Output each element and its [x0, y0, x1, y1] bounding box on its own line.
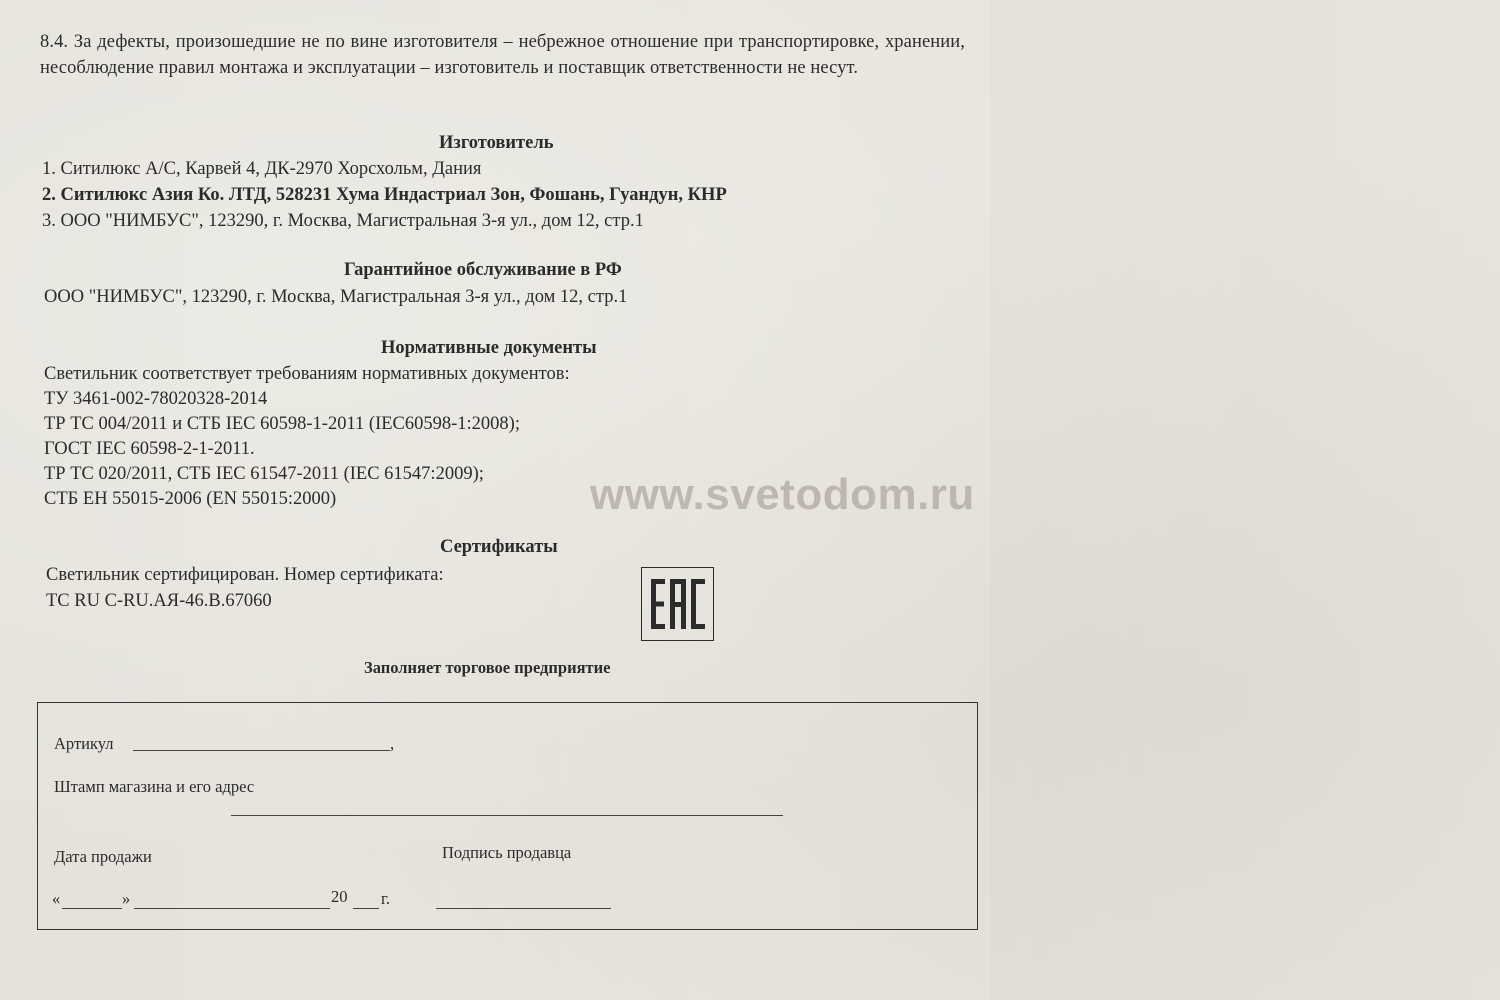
- date-open-quote: «: [52, 889, 60, 909]
- certificate-number: ТС RU С-RU.АЯ-46.В.67060: [46, 588, 272, 614]
- normative-item: ГОСТ IEC 60598-2-1-2011.: [44, 436, 255, 462]
- sale-date-label: Дата продажи: [54, 847, 152, 867]
- eac-mark-icon: [641, 567, 714, 641]
- warranty-clause: 8.4. За дефекты, произошедшие не по вине…: [40, 29, 965, 81]
- normative-item: ТУ 3461-002-78020328-2014: [44, 386, 267, 412]
- service-heading: Гарантийное обслуживание в РФ: [344, 260, 622, 281]
- sale-year-field[interactable]: [353, 908, 379, 909]
- manufacturer-item-2: 2. Ситилюкс Азия Ко. ЛТД, 528231 Хума Ин…: [42, 182, 727, 208]
- facing-page: [990, 0, 1500, 1000]
- service-address: ООО "НИМБУС", 123290, г. Москва, Магистр…: [44, 284, 627, 310]
- normative-item: СТБ ЕН 55015-2006 (EN 55015:2000): [44, 486, 336, 512]
- article-label: Артикул: [54, 734, 114, 754]
- manufacturer-heading: Изготовитель: [439, 133, 554, 154]
- normative-item: ТР ТС 004/2011 и СТБ IEC 60598-1-2011 (I…: [44, 411, 520, 437]
- year-suffix: г.: [381, 889, 390, 909]
- store-form: [37, 702, 978, 930]
- normative-item: ТР ТС 020/2011, СТБ IEC 61547-2011 (IEC …: [44, 461, 484, 487]
- seller-signature-label: Подпись продавца: [442, 843, 571, 863]
- manufacturer-item-3: 3. ООО "НИМБУС", 123290, г. Москва, Маги…: [42, 208, 644, 234]
- certificates-heading: Сертификаты: [440, 537, 558, 558]
- sale-day-field[interactable]: [62, 908, 122, 909]
- normative-intro: Светильник соответствует требованиям нор…: [44, 361, 570, 387]
- watermark: www.svetodom.ru: [590, 470, 975, 520]
- store-form-heading: Заполняет торговое предприятие: [364, 658, 610, 678]
- article-field[interactable]: [133, 750, 390, 751]
- year-prefix: 20: [331, 887, 348, 907]
- stamp-address-field[interactable]: [231, 815, 783, 816]
- manufacturer-item-1: 1. Ситилюкс А/С, Карвей 4, ДК-2970 Хорсх…: [42, 156, 481, 182]
- stamp-label: Штамп магазина и его адрес: [54, 777, 254, 797]
- certificates-text: Светильник сертифицирован. Номер сертифи…: [46, 562, 444, 588]
- date-close-quote: »: [122, 889, 130, 909]
- seller-signature-field[interactable]: [436, 908, 611, 909]
- article-suffix: ,: [390, 734, 394, 754]
- sale-month-field[interactable]: [134, 908, 330, 909]
- normative-heading: Нормативные документы: [381, 338, 597, 359]
